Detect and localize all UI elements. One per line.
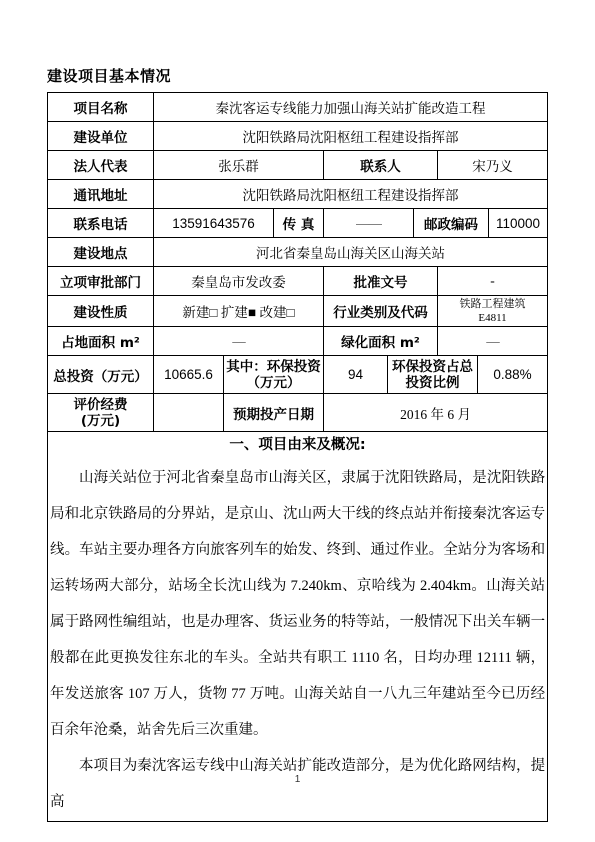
row-approval: 立项审批部门 秦皇岛市发改委 批准文号 -: [48, 267, 548, 296]
production-date-label: 预期投产日期: [224, 394, 324, 432]
fax-label: 传 真: [274, 209, 324, 238]
address-label: 通讯地址: [48, 180, 154, 209]
zip-label: 邮政编码: [414, 209, 489, 238]
row-project-name: 项目名称 秦沈客运专线能力加强山海关站扩能改造工程: [48, 93, 548, 122]
phone-label: 联系电话: [48, 209, 154, 238]
industry-code-line1: 铁路工程建筑: [440, 297, 545, 311]
industry-code-label: 行业类别及代码: [324, 296, 438, 327]
green-area-label: 绿化面积 m²: [324, 327, 438, 356]
legal-rep-label: 法人代表: [48, 151, 154, 180]
row-legal-rep: 法人代表 张乐群 联系人 宋乃义: [48, 151, 548, 180]
contact-person-value: 宋乃义: [438, 151, 548, 180]
land-area-value: —: [154, 327, 324, 356]
approval-doc-value: -: [438, 267, 548, 296]
green-area-value: —: [438, 327, 548, 356]
land-area-label: 占地面积 m²: [48, 327, 154, 356]
industry-code-value: 铁路工程建筑 E4811: [438, 296, 548, 327]
row-location: 建设地点 河北省秦皇岛山海关区山海关站: [48, 238, 548, 267]
fax-value: ——: [324, 209, 414, 238]
env-ratio-label: 环保投资占总投资比例: [388, 356, 478, 394]
construction-unit-value: 沈阳铁路局沈阳枢纽工程建设指挥部: [154, 122, 548, 151]
row-address: 通讯地址 沈阳铁路局沈阳枢纽工程建设指挥部: [48, 180, 548, 209]
eval-fee-label-line2: (万元): [50, 413, 151, 429]
row-land-area: 占地面积 m² — 绿化面积 m² —: [48, 327, 548, 356]
production-date-value: 2016 年 6 月: [324, 394, 548, 432]
row-nature: 建设性质 新建□ 扩建■ 改建□ 行业类别及代码 铁路工程建筑 E4811: [48, 296, 548, 327]
page-number: 1: [0, 774, 595, 785]
industry-code-line2: E4811: [440, 311, 545, 325]
section-heading: 一、项目由来及概况:: [50, 433, 545, 457]
project-info-table: 项目名称 秦沈客运专线能力加强山海关站扩能改造工程 建设单位 沈阳铁路局沈阳枢纽…: [47, 92, 548, 822]
contact-person-label: 联系人: [324, 151, 438, 180]
project-name-value: 秦沈客运专线能力加强山海关站扩能改造工程: [154, 93, 548, 122]
legal-rep-value: 张乐群: [154, 151, 324, 180]
row-overview-section: 一、项目由来及概况: 山海关站位于河北省秦皇岛市山海关区，隶属于沈阳铁路局，是沈…: [48, 432, 548, 822]
overview-section-cell: 一、项目由来及概况: 山海关站位于河北省秦皇岛市山海关区，隶属于沈阳铁路局，是沈…: [48, 432, 548, 822]
env-investment-value: 94: [324, 356, 388, 394]
overview-paragraph-1: 山海关站位于河北省秦皇岛市山海关区，隶属于沈阳铁路局，是沈阳铁路局和北京铁路局的…: [50, 460, 545, 748]
row-phone: 联系电话 13591643576 传 真 —— 邮政编码 110000: [48, 209, 548, 238]
env-investment-label: 其中：环保投资（万元）: [224, 356, 324, 394]
approval-dept-value: 秦皇岛市发改委: [154, 267, 324, 296]
total-investment-label: 总投资（万元）: [48, 356, 154, 394]
nature-label: 建设性质: [48, 296, 154, 327]
row-eval-fee: 评价经费 (万元) 预期投产日期 2016 年 6 月: [48, 394, 548, 432]
eval-fee-label: 评价经费 (万元): [48, 394, 154, 432]
row-investment: 总投资（万元） 10665.6 其中：环保投资（万元） 94 环保投资占总投资比…: [48, 356, 548, 394]
location-label: 建设地点: [48, 238, 154, 267]
construction-unit-label: 建设单位: [48, 122, 154, 151]
zip-value: 110000: [489, 209, 548, 238]
approval-dept-label: 立项审批部门: [48, 267, 154, 296]
address-value: 沈阳铁路局沈阳枢纽工程建设指挥部: [154, 180, 548, 209]
total-investment-value: 10665.6: [154, 356, 224, 394]
nature-checkboxes: 新建□ 扩建■ 改建□: [154, 296, 324, 327]
row-construction-unit: 建设单位 沈阳铁路局沈阳枢纽工程建设指挥部: [48, 122, 548, 151]
eval-fee-label-line1: 评价经费: [50, 397, 151, 413]
approval-doc-label: 批准文号: [324, 267, 438, 296]
document-title: 建设项目基本情况: [47, 65, 171, 86]
document-page: 建设项目基本情况 项目名称 秦沈客运专线能力加强山海关站扩能改造工程 建设单位 …: [0, 0, 595, 842]
project-name-label: 项目名称: [48, 93, 154, 122]
location-value: 河北省秦皇岛山海关区山海关站: [154, 238, 548, 267]
env-ratio-value: 0.88%: [478, 356, 548, 394]
phone-value: 13591643576: [154, 209, 274, 238]
eval-fee-value: [154, 394, 224, 432]
